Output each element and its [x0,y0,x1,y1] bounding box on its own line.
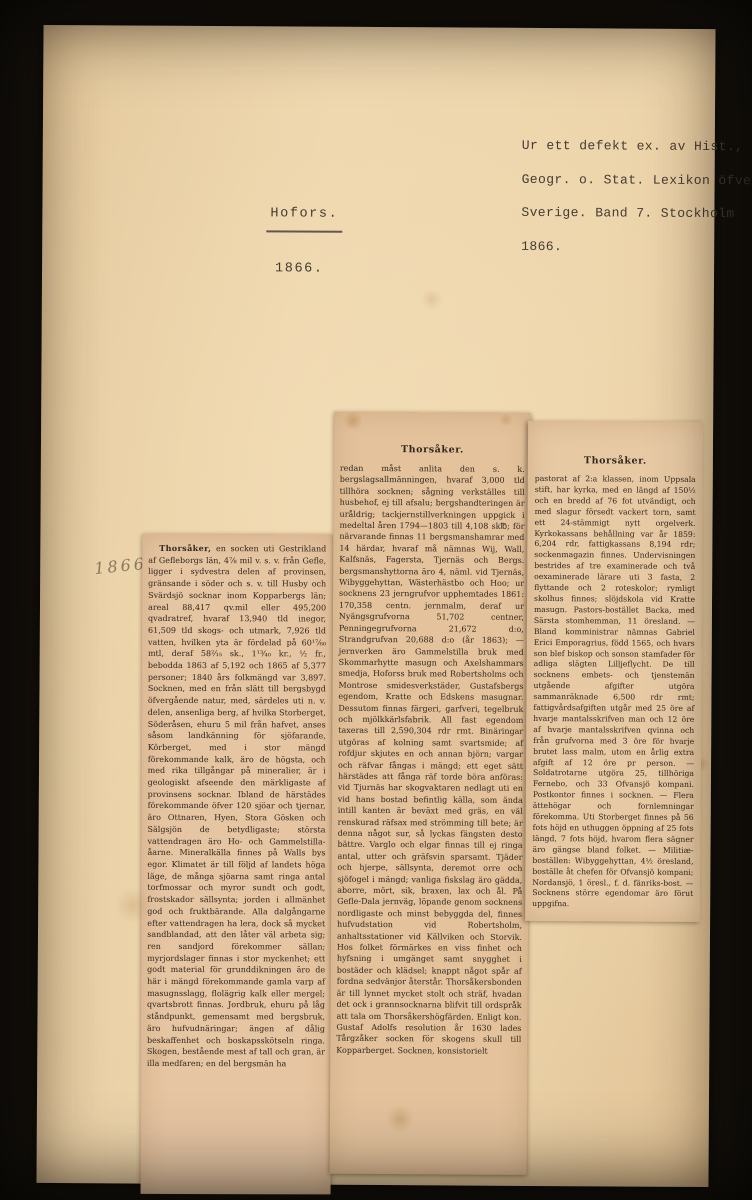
typed-source-note: Ur ett defekt ex. av Hist., Geogr. o. St… [521,129,752,264]
typed-note-line-4: 1866. [521,229,752,264]
pencil-annotation: 1866 [93,554,147,578]
caption-underline [266,230,342,232]
caption-year: 1866. [275,261,324,276]
clipping-right-body: pastorat af 2:a klassen, inom Uppsala st… [525,474,703,911]
photo-backdrop: Ur ett defekt ex. av Hist., Geogr. o. St… [0,0,752,1200]
paper-sheet: Ur ett defekt ex. av Hist., Geogr. o. St… [36,25,715,1187]
clipping-right-heading: Thorsåker. [528,455,703,467]
typed-note-line-3: Sverige. Band 7. Stockholm [521,196,752,231]
clipping-middle-heading: Thorsåker. [334,444,531,456]
caption-title: Hofors. [270,206,338,221]
clipping-middle-body: redan måst anlita den s. k. bergslagsall… [330,463,531,1057]
clipping-right: Thorsåker. pastorat af 2:a klassen, inom… [525,421,703,922]
clipping-left-text: en socken uti Gestrikland af Gefleborgs … [147,544,326,1068]
clipping-middle: Thorsåker. redan måst anlita den s. k. b… [330,412,532,1175]
clipping-left-body: Thorsåker, en socken uti Gestrikland af … [141,534,332,1070]
clipping-left-lead: Thorsåker, [159,543,211,553]
clipping-left: Thorsåker, en socken uti Gestrikland af … [141,534,333,1194]
typed-note-line-1: Ur ett defekt ex. av Hist., [522,129,752,164]
typed-note-line-2: Geogr. o. Stat. Lexikon öfver [522,162,752,197]
